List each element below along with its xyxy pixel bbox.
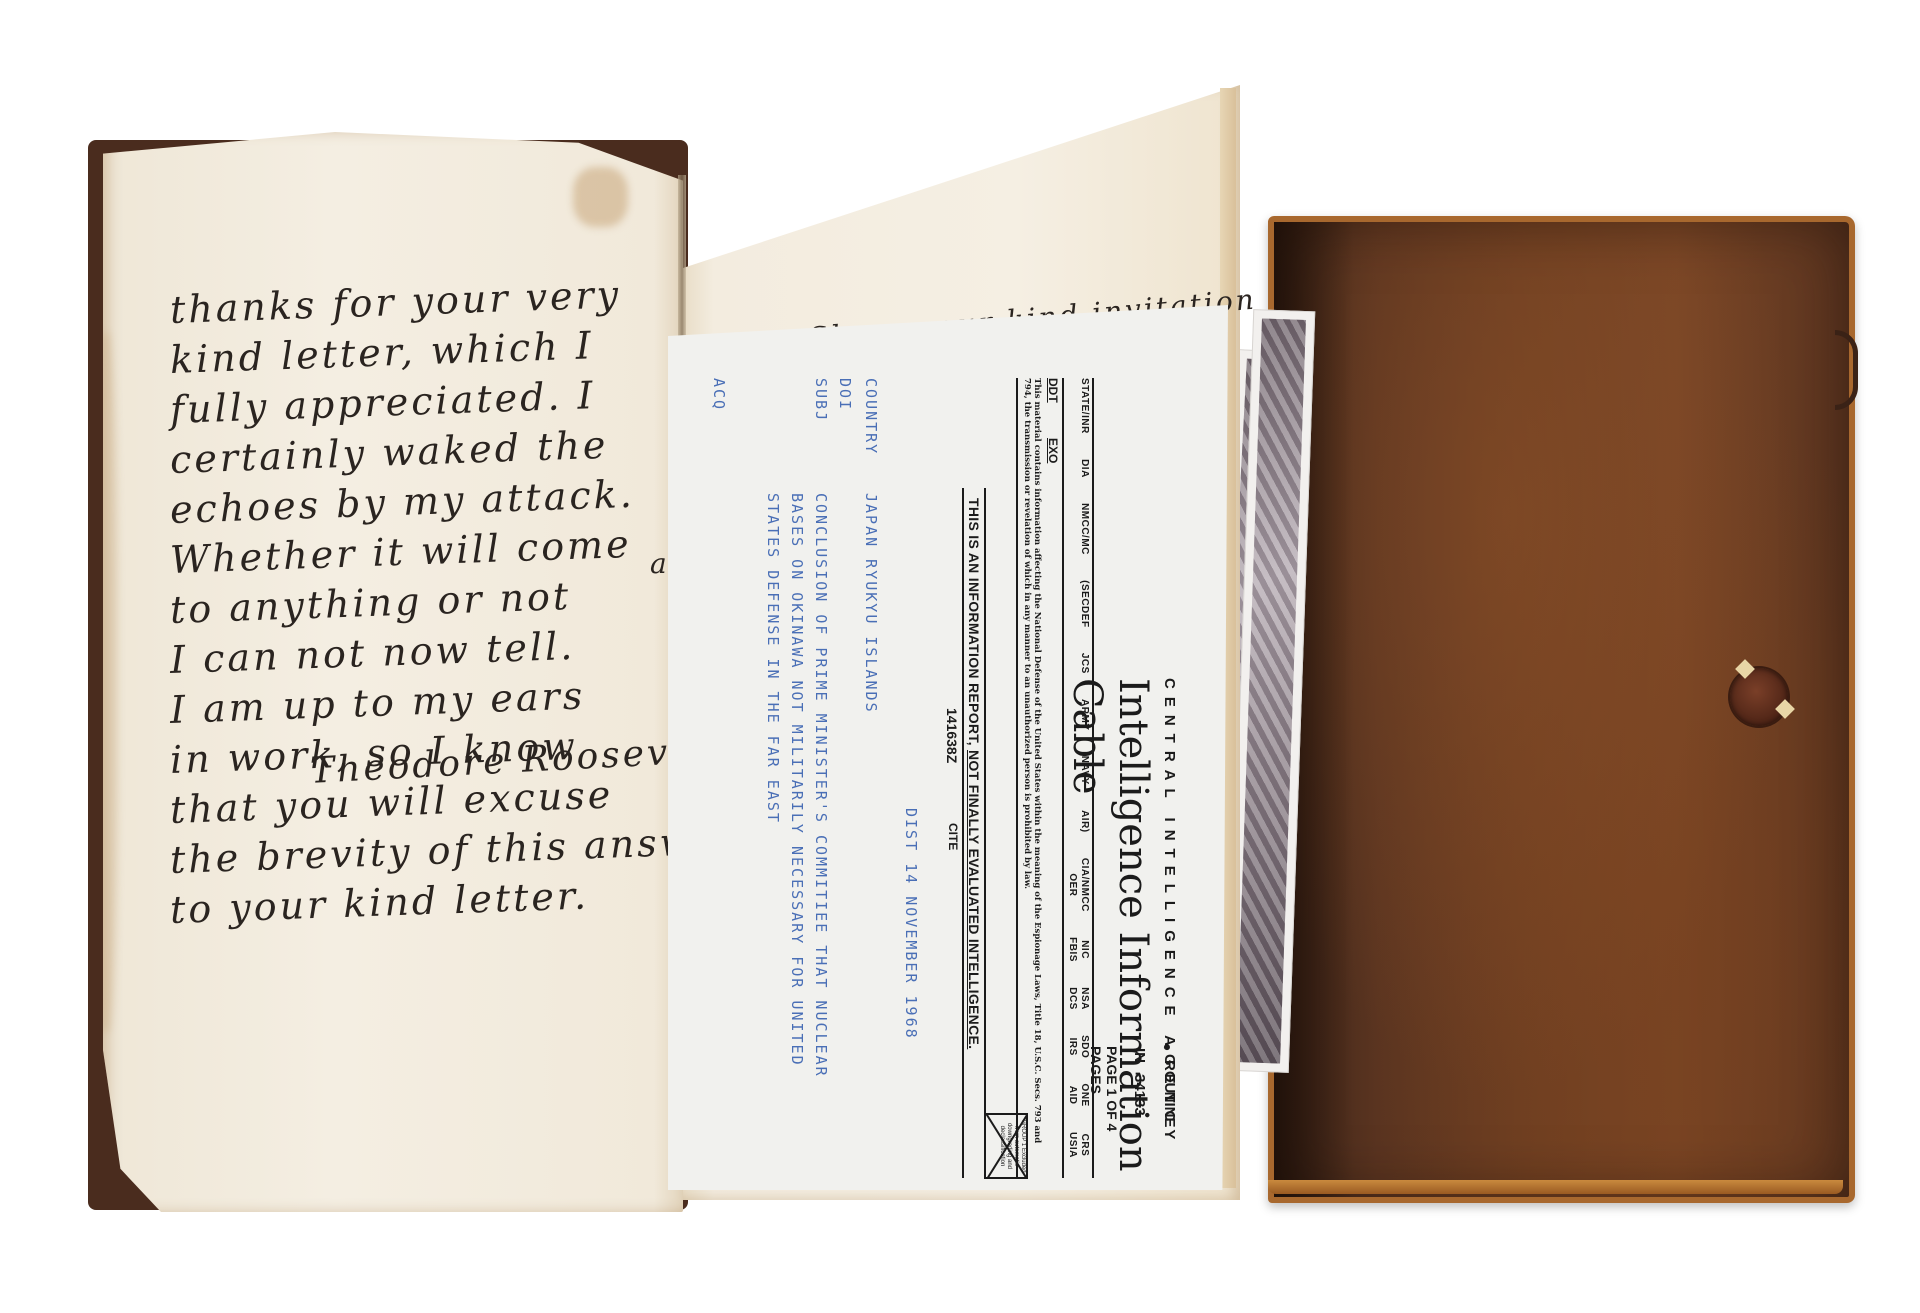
bullet-icon: ● — [1160, 1043, 1176, 1051]
subject-line: STATES DEFENSE IN THE FAR EAST — [764, 493, 782, 824]
cable-priority: ROUTINE — [1161, 1060, 1178, 1128]
divider — [1092, 378, 1094, 1178]
dist-date: DIST 14 NOVEMBER 1968 — [902, 808, 920, 1040]
country-label: COUNTRY — [862, 378, 880, 455]
cia-cable-content: CENTRAL INTELLIGENCE AGENCY Intelligence… — [658, 378, 1178, 1178]
cable-exo: EXO — [1046, 438, 1060, 463]
subject-line: BASES ON OKINAWA NOT MILITARILY NECESSAR… — [788, 493, 806, 1067]
dist-cell: CRSUSIA — [1066, 1132, 1090, 1158]
divider — [984, 488, 986, 1178]
dist-cell: ONEAID — [1066, 1084, 1090, 1107]
folio-strap — [1835, 330, 1858, 410]
country-value: JAPAN RYUKYU ISLANDS — [862, 493, 880, 714]
subj-label: SUBJ — [812, 378, 830, 422]
dist-cell: NAVY — [1066, 756, 1090, 785]
dist-cell: DIA — [1066, 459, 1090, 478]
dist-cell: AIR) — [1066, 810, 1090, 833]
dist-cell: (SECDEF — [1066, 580, 1090, 627]
cite-number: 141638Z — [944, 708, 960, 763]
dist-cell: SDOIRS — [1066, 1035, 1090, 1058]
group1-stamp: GROUP 1 Excluded from automatic downgrad… — [984, 1113, 1028, 1179]
dist-cell: NSADCS — [1066, 987, 1090, 1010]
cable-ddt: DDT — [1046, 378, 1060, 403]
folio-button-clasp — [1730, 668, 1788, 726]
divider — [1016, 378, 1018, 1178]
divider — [962, 488, 964, 1178]
dist-cell: JCS — [1066, 653, 1090, 674]
acq-label: ACQ — [710, 378, 728, 411]
report-notice: THIS IS AN INFORMATION REPORT, NOT FINAL… — [966, 498, 982, 1049]
dist-cell: NMCC/MC — [1066, 503, 1090, 555]
dist-cell: ARMY — [1066, 699, 1090, 730]
divider — [1062, 378, 1064, 1178]
subject-line: CONCLUSION OF PRIME MINISTER'S COMMITIEE… — [812, 493, 830, 1078]
cable-in-number: 34133 — [1131, 1074, 1148, 1116]
espionage-notice: This material contains information affec… — [1022, 378, 1042, 1158]
distribution-list: STATE/INR DIA NMCC/MC (SECDEF JCS ARMY N… — [1066, 378, 1090, 1158]
cable-in-label: IN — [1131, 1048, 1148, 1063]
dist-cell: STATE/INR — [1066, 378, 1090, 434]
dist-cell: CIA/NMCCOER — [1066, 858, 1090, 912]
dist-cell: NICFBIS — [1066, 937, 1090, 962]
leather-folio-edge — [1268, 1180, 1843, 1194]
handwritten-letter: any thanks for your very kind letter, wh… — [170, 285, 650, 935]
document-photo-scene: any thanks for your very kind letter, wh… — [0, 0, 1920, 1313]
doi-label: DOI — [836, 378, 854, 411]
cite-label: CITE — [946, 823, 960, 850]
